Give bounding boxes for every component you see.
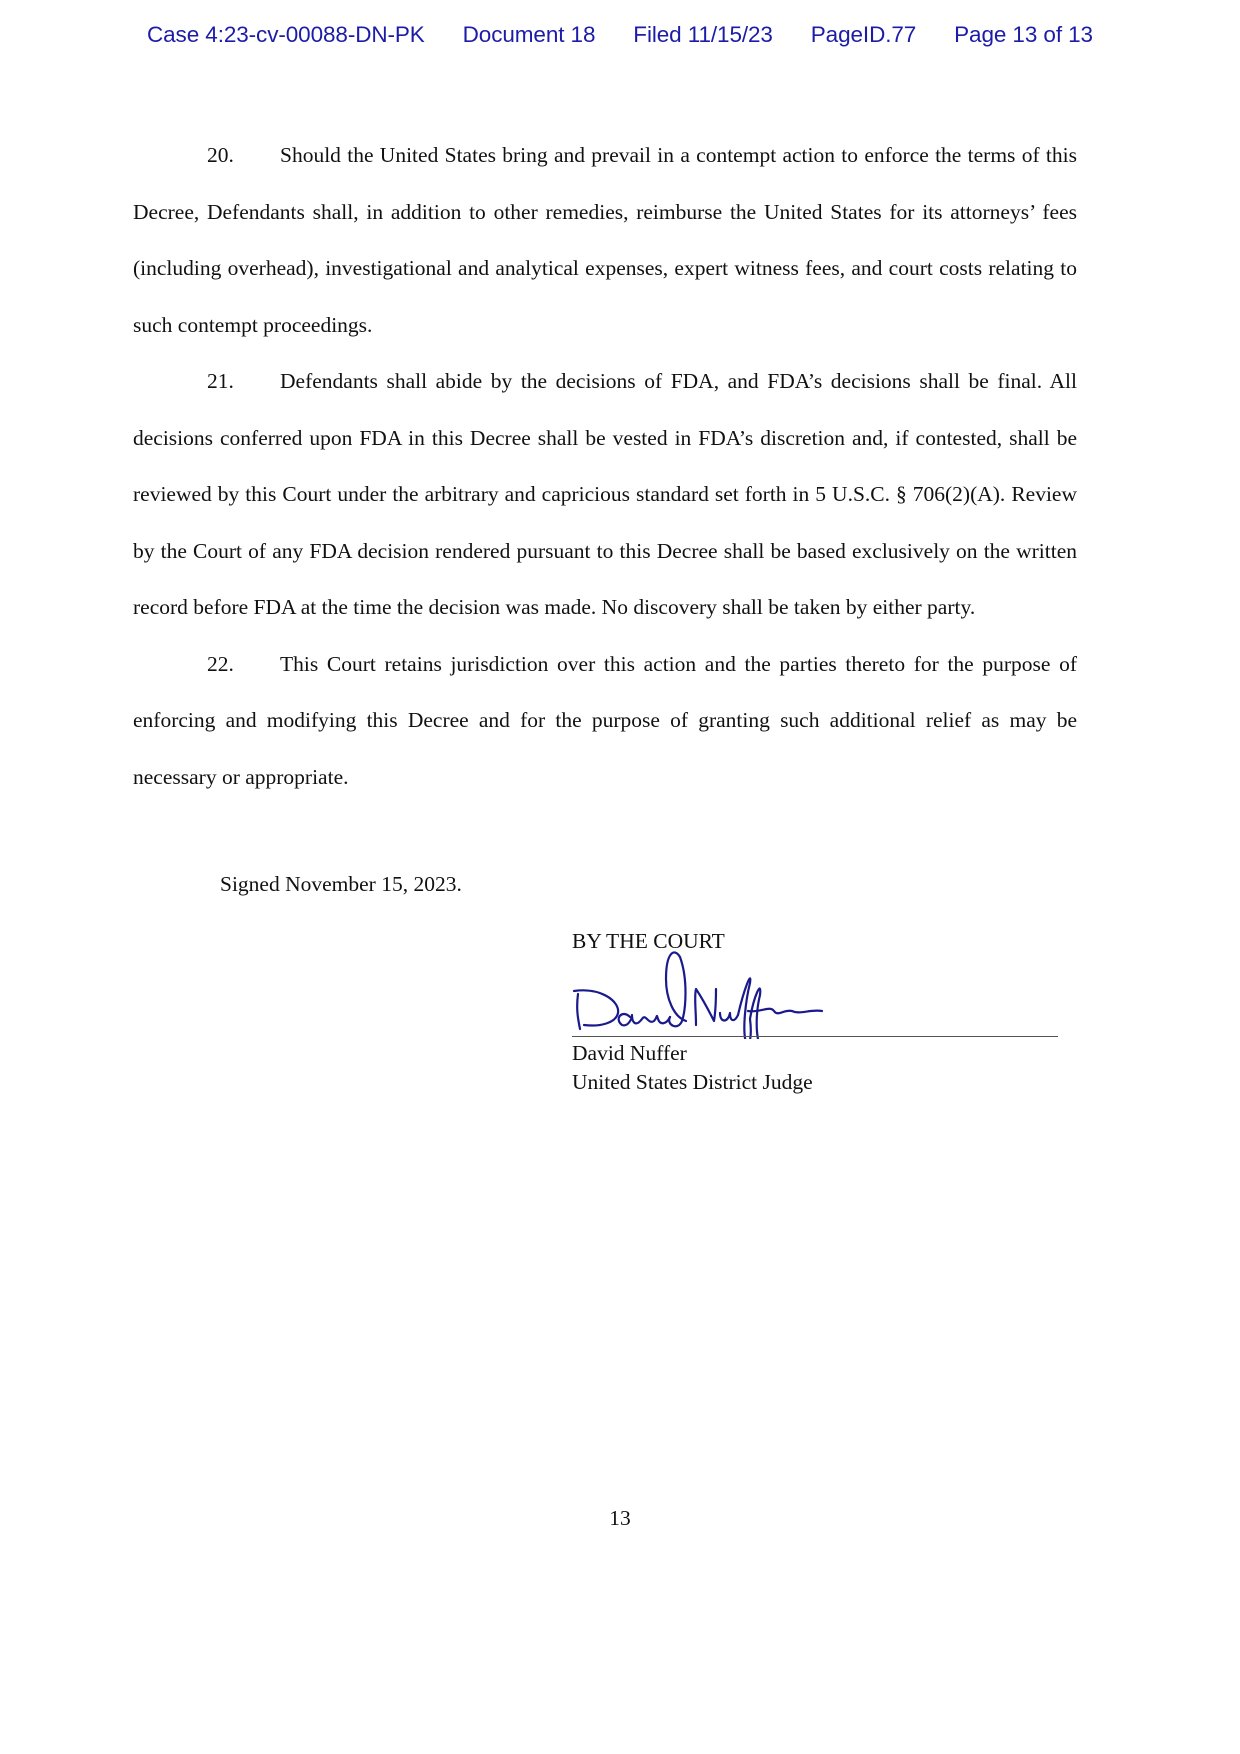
judge-title: United States District Judge — [572, 1070, 813, 1095]
signature-icon — [570, 939, 870, 1039]
paragraph-number: 22. — [207, 636, 280, 693]
ecf-header: Case 4:23-cv-00088-DN-PK Document 18 Fil… — [147, 22, 1093, 48]
paragraph-22: 22.This Court retains jurisdiction over … — [133, 636, 1077, 806]
page-id: PageID.77 — [811, 22, 916, 48]
signature-line — [572, 1036, 1058, 1037]
page-count: Page 13 of 13 — [954, 22, 1093, 48]
signed-date: Signed November 15, 2023. — [220, 872, 462, 897]
page-number: 13 — [0, 1506, 1240, 1531]
document-number: Document 18 — [463, 22, 596, 48]
paragraph-number: 20. — [207, 127, 280, 184]
document-page: Case 4:23-cv-00088-DN-PK Document 18 Fil… — [0, 0, 1240, 1754]
paragraph-20: 20.Should the United States bring and pr… — [133, 127, 1077, 353]
body-text: 20.Should the United States bring and pr… — [133, 127, 1077, 805]
paragraph-number: 21. — [207, 353, 280, 410]
paragraph-21: 21.Defendants shall abide by the decisio… — [133, 353, 1077, 636]
filed-date: Filed 11/15/23 — [633, 22, 773, 48]
case-number: Case 4:23-cv-00088-DN-PK — [147, 22, 425, 48]
judge-name: David Nuffer — [572, 1041, 687, 1066]
